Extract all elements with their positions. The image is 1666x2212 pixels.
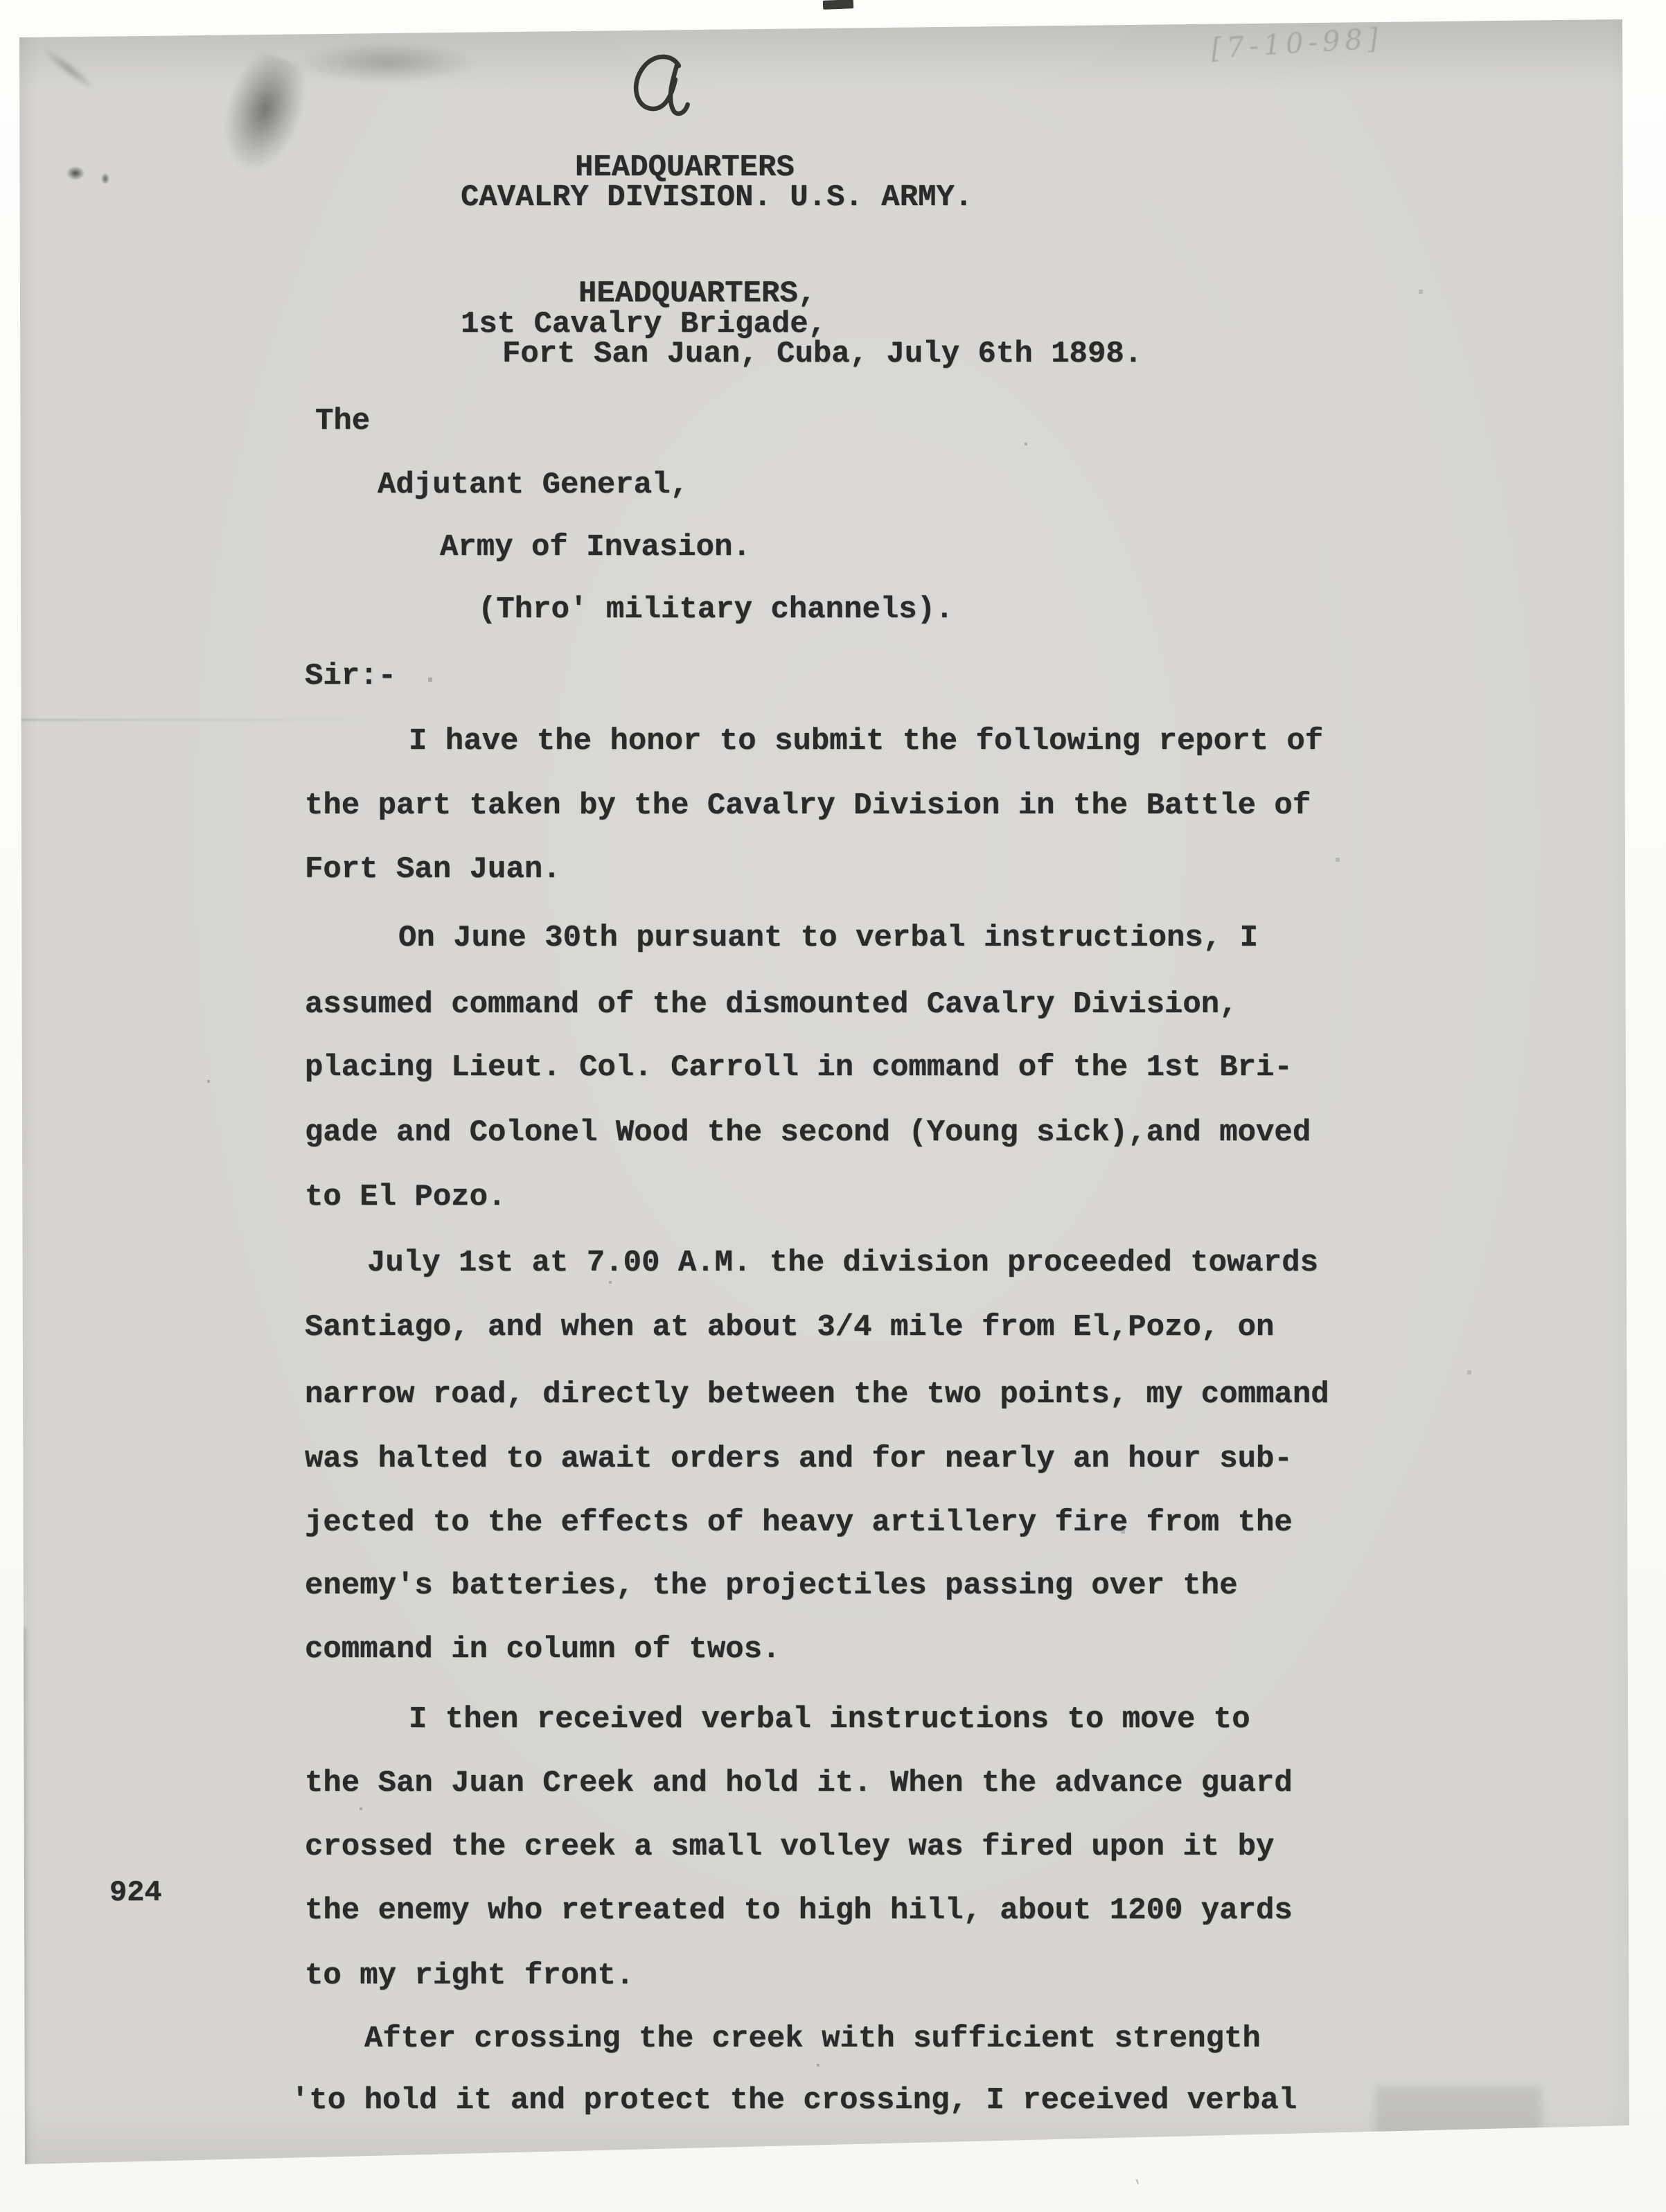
- body-line: placing Lieut. Col. Carroll in command o…: [305, 1052, 1293, 1083]
- body-line: Fort San Juan.: [305, 854, 561, 885]
- handwritten-letter-a: [623, 41, 701, 134]
- address-line3: Army of Invasion.: [440, 532, 751, 563]
- document-scan: ` [7-10-98] HEADQUARTERS CAVALRY DIVISIO…: [0, 0, 1666, 2212]
- body-line: crossed the creek a small volley was fir…: [305, 1832, 1274, 1862]
- body-line: On June 30th pursuant to verbal instruct…: [398, 923, 1258, 953]
- ink-dot: [67, 166, 85, 180]
- body-line: command in column of twos.: [305, 1634, 781, 1665]
- margin-number: 924: [109, 1877, 162, 1908]
- body-line: I then received verbal instructions to m…: [409, 1704, 1250, 1735]
- paper-shadow-patch: [1375, 2087, 1541, 2152]
- body-line: the part taken by the Cavalry Division i…: [305, 790, 1311, 821]
- body-line: was halted to await orders and for nearl…: [305, 1444, 1293, 1474]
- letterhead-line1: HEADQUARTERS: [575, 152, 795, 183]
- letterhead-line2: CAVALRY DIVISION. U.S. ARMY.: [461, 182, 973, 213]
- body-line: the enemy who retreated to high hill, ab…: [305, 1895, 1293, 1926]
- paper-sheet: [0, 0, 1666, 2212]
- body-line: July 1st at 7.00 A.M. the division proce…: [367, 1248, 1318, 1278]
- paper-specks: [0, 0, 1, 1]
- body-line: narrow road, directly between the two po…: [305, 1379, 1329, 1410]
- body-line: jected to the effects of heavy artillery…: [305, 1507, 1293, 1538]
- address-line1: The: [315, 406, 370, 436]
- pencil-squiggle: `: [1127, 2176, 1144, 2205]
- paper-stain: [298, 42, 478, 83]
- paper-stain: [42, 46, 98, 93]
- dateline-line3: Fort San Juan, Cuba, July 6th 1898.: [502, 339, 1142, 369]
- ink-dot: [101, 173, 109, 184]
- body-line: the San Juan Creek and hold it. When the…: [305, 1768, 1293, 1798]
- paper-crease: [19, 719, 366, 720]
- body-line: to my right front.: [305, 1961, 634, 1991]
- handwritten-a-glyph: [623, 41, 700, 131]
- address-line4: (Thro' military channels).: [478, 594, 954, 625]
- paper-stain: [209, 46, 317, 182]
- dateline-line2: 1st Cavalry Brigade,: [461, 309, 826, 339]
- body-line: Santiago, and when at about 3/4 mile fro…: [305, 1312, 1274, 1343]
- dateline-line1: HEADQUARTERS,: [578, 278, 816, 309]
- body-line: 'to hold it and protect the crossing, I …: [291, 2085, 1297, 2116]
- body-line: enemy's batteries, the projectiles passi…: [305, 1570, 1238, 1601]
- paper-edge-shade: [19, 1628, 29, 2168]
- body-line: assumed command of the dismounted Cavalr…: [305, 989, 1238, 1020]
- address-line2: Adjutant General,: [378, 470, 689, 500]
- body-line: to El Pozo.: [305, 1182, 506, 1212]
- scan-edge-mark: [823, 0, 853, 10]
- body-line: I have the honor to submit the following…: [409, 726, 1323, 756]
- body-line: gade and Colonel Wood the second (Young …: [305, 1117, 1311, 1148]
- body-line: After crossing the creek with sufficient…: [364, 2024, 1261, 2054]
- salutation: Sir:-: [305, 661, 396, 691]
